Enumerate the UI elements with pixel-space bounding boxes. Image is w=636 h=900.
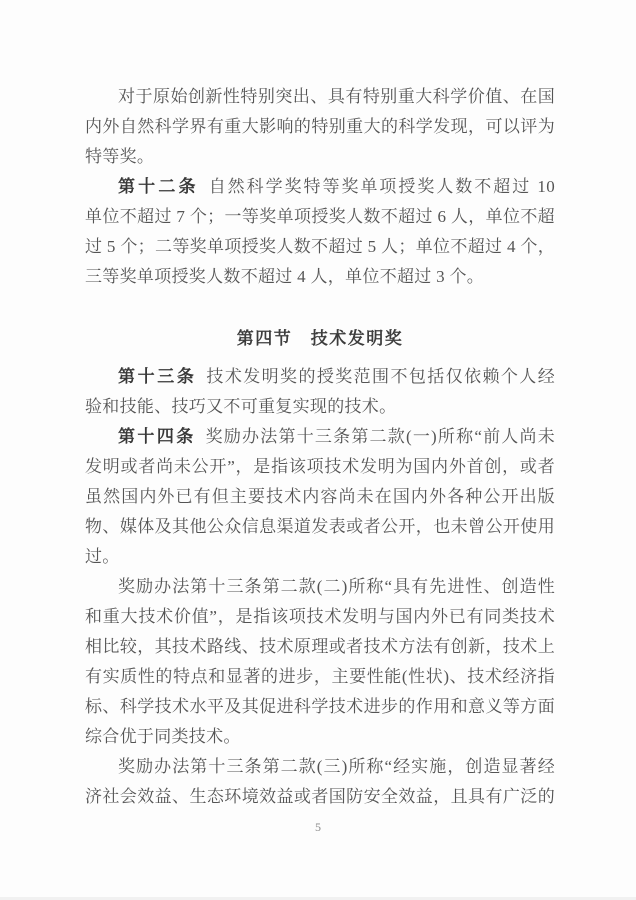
document-line: 单位不超过 7 个；一等奖单项授奖人数不超过 6 人，单位不超	[85, 202, 555, 232]
document-line: 相比较，其技术路线、技术原理或者技术方法有创新，技术上	[85, 632, 555, 662]
article-number-lead: 第十二条	[118, 177, 199, 196]
document-page: 对于原始创新性特别突出、具有特别重大科学价值、在国内外自然科学界有重大影响的特别…	[0, 0, 636, 900]
document-line: 和重大技术价值”，是指该项技术发明与国内外已有同类技术	[85, 602, 555, 632]
document-line: 标、科学技术水平及其促进科学技术进步的作用和意义等方面	[85, 692, 555, 722]
document-line: 济社会效益、生态环境效益或者国防安全效益，且具有广泛的	[85, 782, 555, 812]
document-line: 过。	[85, 542, 555, 572]
page-number: 5	[0, 818, 636, 836]
document-line: 对于原始创新性特别突出、具有特别重大科学价值、在国	[85, 82, 555, 112]
document-line: 第十四条奖励办法第十三条第二款(一)所称“前人尚未	[85, 422, 555, 452]
document-line: 发明或者尚未公开”，是指该项技术发明为国内外首创，或者	[85, 452, 555, 482]
document-line: 有实质性的特点和显著的进步，主要性能(性状)、技术经济指	[85, 662, 555, 692]
document-line: 三等奖单项授奖人数不超过 4 人，单位不超过 3 个。	[85, 262, 555, 292]
document-line: 物、媒体及其他公众信息渠道发表或者公开，也未曾公开使用	[85, 512, 555, 542]
document-line: 第十二条自然科学奖特等奖单项授奖人数不超过 10 人，	[85, 172, 555, 202]
article-number-lead: 第十三条	[118, 367, 196, 386]
document-line: 内外自然科学界有重大影响的特别重大的科学发现，可以评为	[85, 112, 555, 142]
document-line: 特等奖。	[85, 142, 555, 172]
document-body: 对于原始创新性特别突出、具有特别重大科学价值、在国内外自然科学界有重大影响的特别…	[85, 82, 555, 812]
document-line: 综合优于同类技术。	[85, 722, 555, 752]
document-line: 奖励办法第十三条第二款(二)所称“具有先进性、创造性	[85, 572, 555, 602]
document-line: 验和技能、技巧又不可重复实现的技术。	[85, 392, 555, 422]
document-line: 过 5 个；二等奖单项授奖人数不超过 5 人；单位不超过 4 个，	[85, 232, 555, 262]
document-line: 虽然国内外已有但主要技术内容尚未在国内外各种公开出版	[85, 482, 555, 512]
section-heading: 第四节 技术发明奖	[85, 324, 555, 354]
document-line: 第十三条技术发明奖的授奖范围不包括仅依赖个人经	[85, 362, 555, 392]
document-line: 奖励办法第十三条第二款(三)所称“经实施，创造显著经	[85, 752, 555, 782]
article-number-lead: 第十四条	[118, 427, 196, 446]
